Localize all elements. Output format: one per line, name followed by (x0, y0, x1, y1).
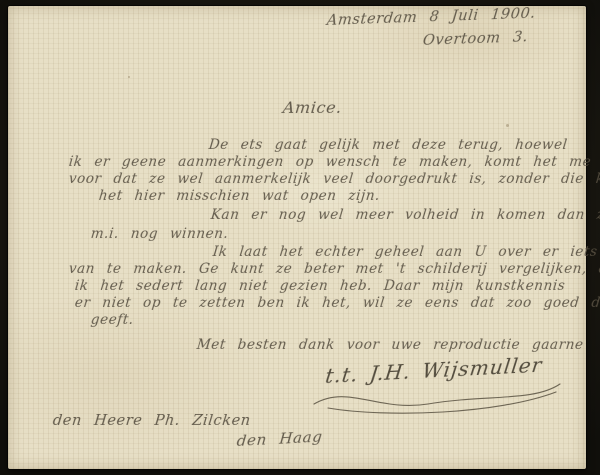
signature: t.t. J.H. Wijsmuller (324, 353, 544, 388)
paper-speck (128, 76, 130, 78)
body-line: geeft. (90, 312, 135, 328)
sender-address-line: Overtoom 3. (422, 29, 529, 49)
body-line: ik er geene aanmerkingen op wensch te ma… (68, 154, 592, 170)
body-line: voor dat ze wel aanmerkelijk veel doorge… (68, 171, 600, 187)
body-line: m.i. nog winnen. (90, 226, 229, 242)
body-line: ik het sedert lang niet gezien heb. Daar… (74, 278, 566, 294)
body-line: De ets gaat gelijk met deze terug, hoewe… (208, 137, 568, 153)
body-line: van te maken. Ge kunt ze beter met 't sc… (68, 261, 600, 277)
letter-paper: Amsterdam 8 Juli 1900. Overtoom 3. Amice… (8, 6, 586, 469)
body-line: er niet op te zetten ben ik het, wil ze … (74, 295, 600, 311)
body-line: Ik laat het echter geheel aan U over er … (212, 244, 600, 260)
closing-line: Met besten dank voor uwe reproductie gaa… (196, 337, 584, 353)
paper-speck (506, 124, 509, 127)
recipient-city: den Haag (236, 428, 323, 450)
date-line: Amsterdam 8 Juli 1900. (326, 6, 536, 29)
salutation: Amice. (282, 98, 343, 117)
body-line: het hier misschien wat open zijn. (98, 188, 381, 204)
recipient-name: den Heere Ph. Zilcken (52, 413, 252, 429)
scan-background: Amsterdam 8 Juli 1900. Overtoom 3. Amice… (0, 0, 600, 475)
body-line: Kan er nog wel meer volheid in komen dan… (210, 207, 600, 223)
